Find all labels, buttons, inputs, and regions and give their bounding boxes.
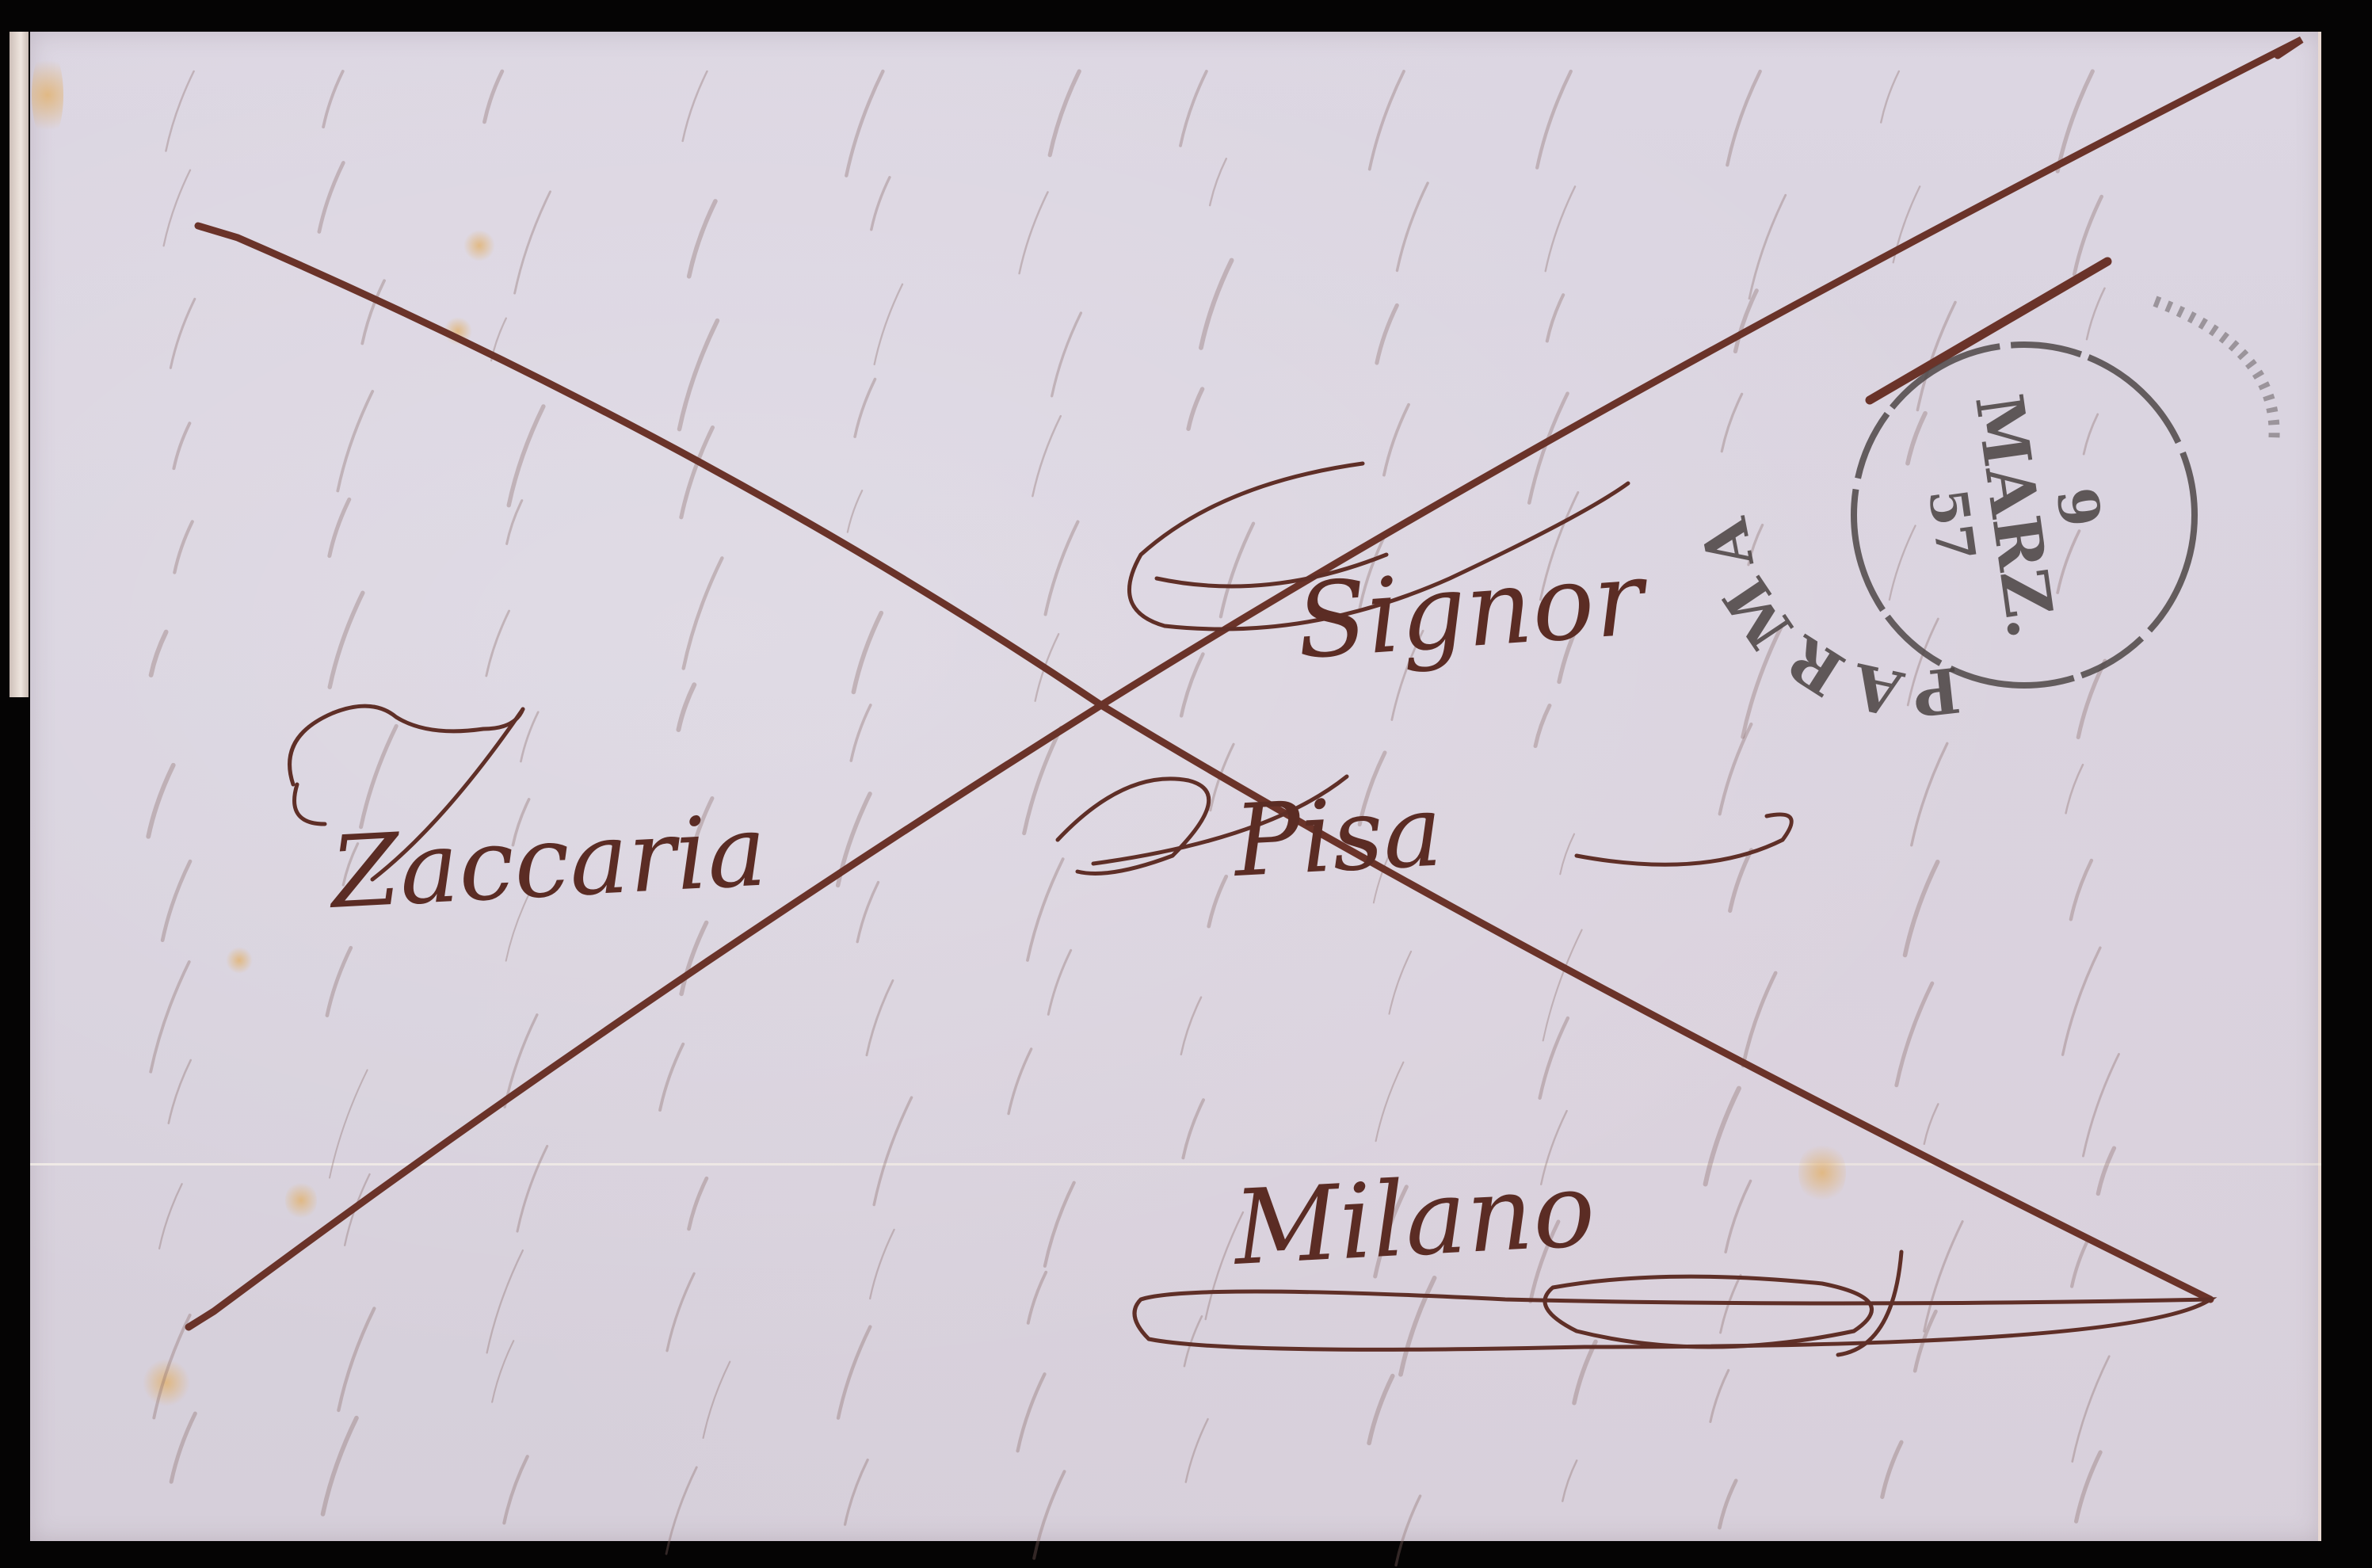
- postmark-smudge: [2155, 301, 2275, 444]
- postmark-town: PARMA: [1687, 504, 1963, 731]
- postmark-year: 57: [1916, 485, 1988, 566]
- postmark: PARMA 9 MARZ. 57: [0, 0, 2372, 1568]
